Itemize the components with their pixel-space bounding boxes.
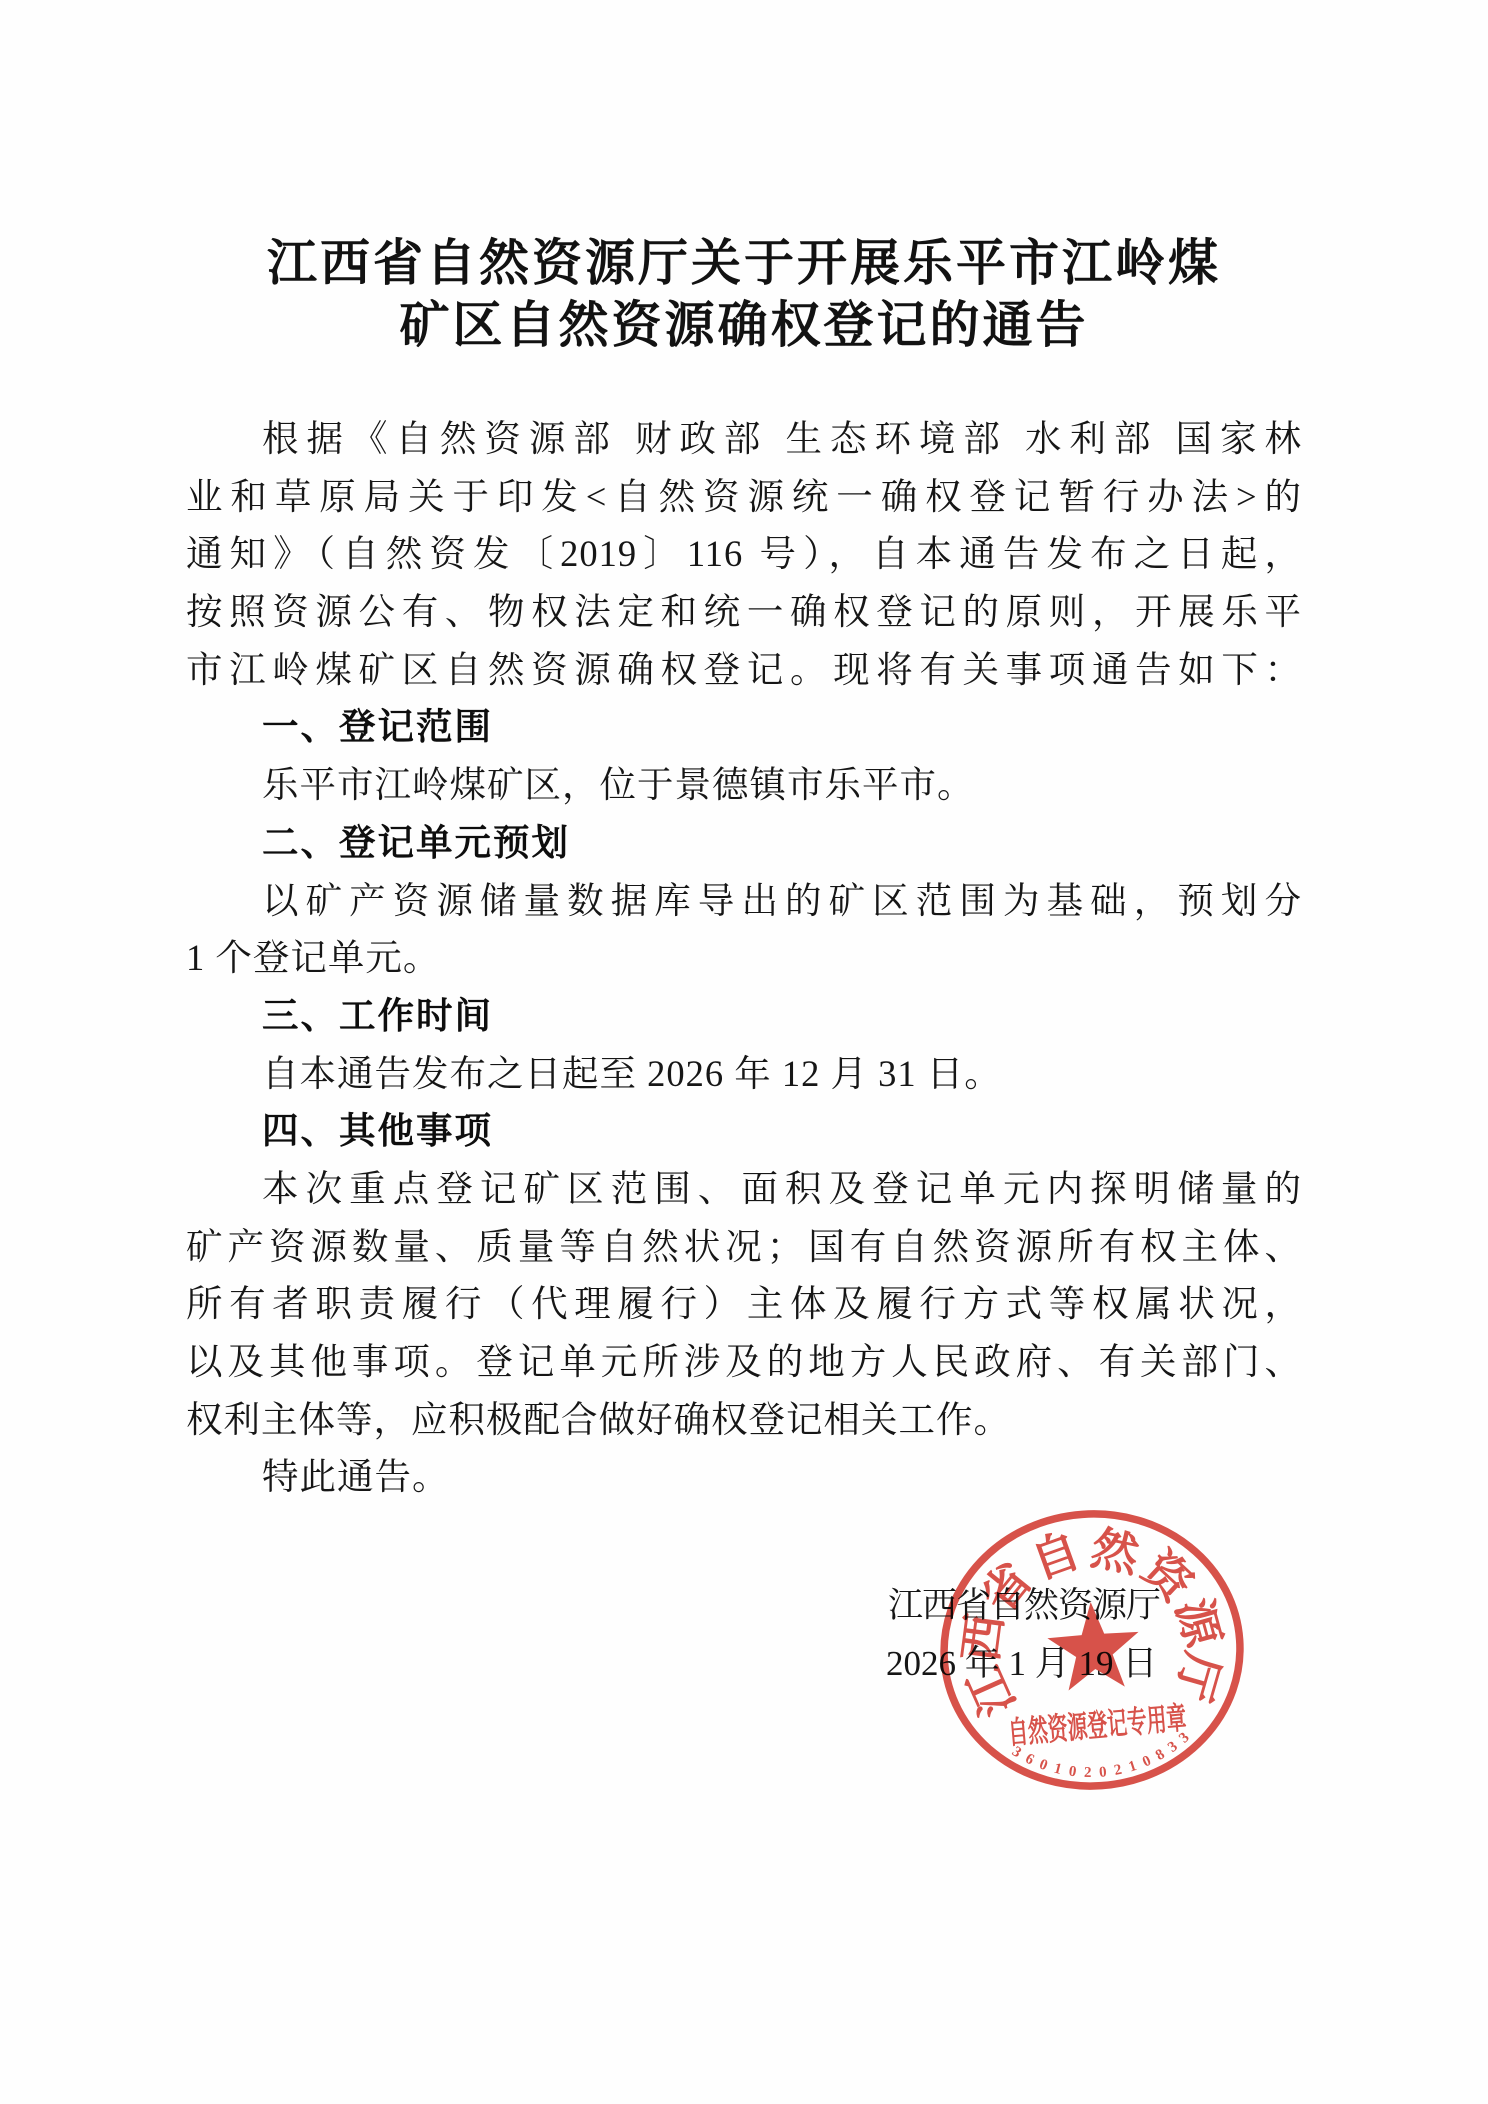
seal-serial-digit: 1 (1052, 1761, 1063, 1778)
body-line: 自本通告发布之日起至 2026 年 12 月 31 日。 (186, 1045, 1302, 1103)
seal-ring-char: 厅 (1165, 1647, 1228, 1707)
seal-star-icon (1045, 1599, 1142, 1692)
seal-bottom-label: 自然资源登记专用章 (1007, 1700, 1188, 1751)
document-title-line2: 矿区自然资源确权登记的通告 (94, 294, 1394, 356)
seal-ring-char: 然 (1086, 1523, 1144, 1584)
seal-serial-digit: 6 (1022, 1751, 1036, 1769)
section-heading-1: 一、登记范围 (186, 698, 1302, 756)
body-line: 根据《自然资源部 财政部 生态环境部 水利部 国家林 (186, 410, 1302, 468)
scanned-notice-page: 江西省自然资源厅关于开展乐平市江岭煤 矿区自然资源确权登记的通告 根据《自然资源… (0, 0, 1488, 2104)
body-line: 1 个登记单元。 (186, 929, 1302, 987)
seal-serial-digit: 0 (1098, 1764, 1107, 1781)
section-heading-2: 二、登记单元预划 (186, 814, 1302, 872)
document-body: 根据《自然资源部 财政部 生态环境部 水利部 国家林 业和草原局关于印发<自然资… (186, 410, 1302, 1506)
section-heading-4: 四、其他事项 (186, 1102, 1302, 1160)
body-line: 以及其他事项。登记单元所涉及的地方人民政府、有关部门、 (186, 1333, 1302, 1391)
seal-serial-digit: 0 (1068, 1764, 1078, 1781)
body-line: 所有者职责履行（代理履行）主体及履行方式等权属状况， (186, 1275, 1302, 1333)
body-line: 业和草原局关于印发<自然资源统一确权登记暂行办法>的 (186, 468, 1302, 526)
seal-serial-digit: 0 (1037, 1756, 1050, 1774)
seal-ring-char: 江 (959, 1659, 1026, 1723)
body-line: 矿产资源数量、质量等自然状况；国有自然资源所有权主体、 (186, 1218, 1302, 1276)
document-title-line1: 江西省自然资源厅关于开展乐平市江岭煤 (94, 232, 1394, 294)
seal-serial-digit: 8 (1153, 1746, 1168, 1764)
body-line: 权利主体等，应积极配合做好确权登记相关工作。 (186, 1391, 1302, 1449)
seal-ring-char: 西 (955, 1611, 1013, 1664)
seal-serial-digit: 3 (1165, 1739, 1181, 1756)
body-line: 本次重点登记矿区范围、面积及登记单元内探明储量的 (186, 1160, 1302, 1218)
seal-serial-digit: 2 (1113, 1762, 1124, 1779)
seal-ring-char: 自 (1025, 1525, 1087, 1590)
seal-serial-digit: 2 (1084, 1765, 1092, 1781)
body-line: 通知》（自然资发〔2019〕116 号），自本通告发布之日起， (186, 525, 1302, 583)
body-line: 以矿产资源储量数据库导出的矿区范围为基础，预划分 (186, 872, 1302, 930)
document-title: 江西省自然资源厅关于开展乐平市江岭煤 矿区自然资源确权登记的通告 (94, 232, 1394, 356)
body-line: 按照资源公有、物权法定和统一确权登记的原则，开展乐平 (186, 583, 1302, 641)
seal-serial-digit: 0 (1140, 1753, 1153, 1771)
seal-serial-digit: 1 (1127, 1758, 1139, 1776)
body-line: 市江岭煤矿区自然资源确权登记。现将有关事项通告如下： (186, 641, 1302, 699)
section-heading-3: 三、工作时间 (186, 987, 1302, 1045)
body-line: 乐平市江岭煤矿区，位于景德镇市乐平市。 (186, 756, 1302, 814)
official-seal: 自然资源登记专用章 江西省自然资源厅3601020210833 (918, 1485, 1267, 1815)
